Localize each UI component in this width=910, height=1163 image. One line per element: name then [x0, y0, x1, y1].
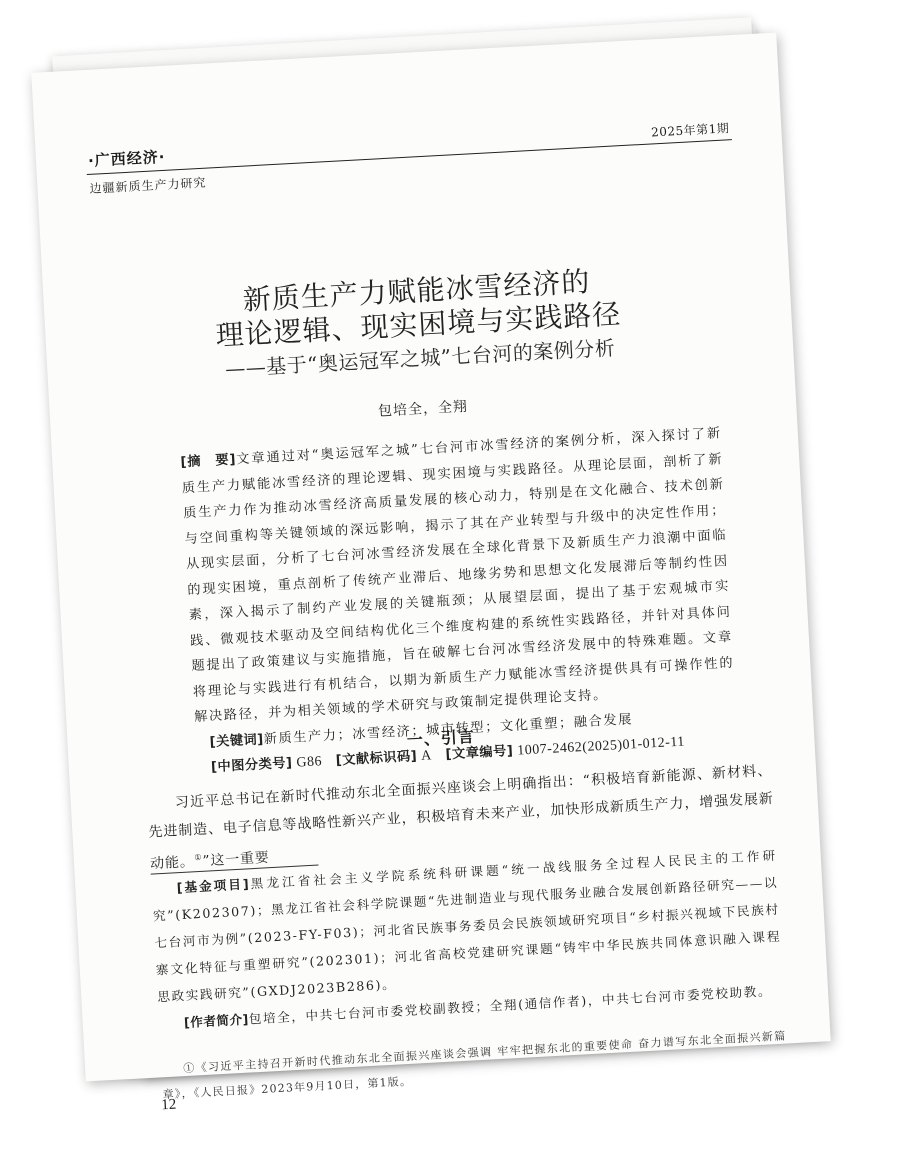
- intro-text-tail: ”这一重要: [202, 850, 270, 870]
- abstract-paragraph: [摘 要]文章通过对“奥运冠军之城”七台河市冰雪经济的案例分析，深入探讨了新质生…: [180, 421, 736, 730]
- footnote: ①《习近平主持召开新时代推动东北全面振兴座谈会强调 牢牢把握东北的重要使命 奋力…: [161, 1023, 789, 1107]
- title-block: 新质生产力赋能冰雪经济的 理论逻辑、现实困境与实践路径 ——基于“奥运冠军之城”…: [43, 254, 796, 438]
- issue-number: 2025年第1期: [651, 119, 730, 140]
- journal-page: ·广西经济· 2025年第1期 边疆新质生产力研究 新质生产力赋能冰雪经济的 理…: [31, 33, 831, 1082]
- journal-name: ·广西经济·: [87, 146, 165, 171]
- abstract-text: 文章通过对“奥运冠军之城”七台河市冰雪经济的案例分析，深入探讨了新质生产力赋能冰…: [182, 426, 735, 725]
- running-header: ·广西经济· 2025年第1期: [85, 113, 732, 175]
- column-name: 边疆新质生产力研究: [89, 174, 207, 197]
- page-number: 12: [161, 1097, 177, 1115]
- fund-label: [基金项目]: [176, 876, 249, 895]
- fund-and-bio-section: [基金项目]黑龙江省社会主义学院系统科研课题“统一战线服务全过程人民民主的工作研…: [151, 842, 785, 1038]
- doc-code-value: A: [421, 748, 432, 764]
- page-content: ·广西经济· 2025年第1期 边疆新质生产力研究 新质生产力赋能冰雪经济的 理…: [31, 33, 831, 1082]
- author-bio-label: [作者简介]: [184, 1012, 250, 1030]
- abstract-label: [摘 要]: [180, 452, 236, 470]
